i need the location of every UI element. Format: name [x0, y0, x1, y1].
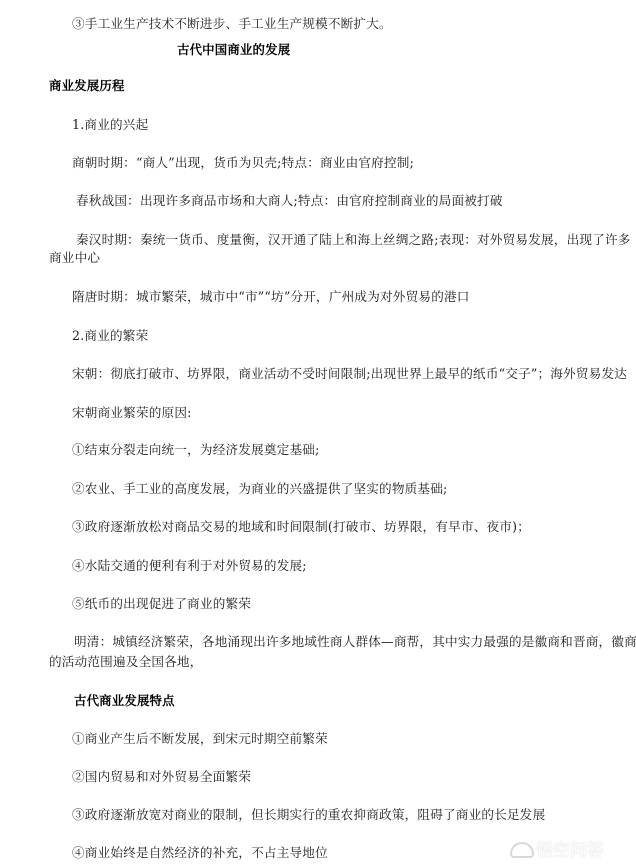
feature-item: ①商业产生后不断发展，到宋元时期空前繁荣	[72, 731, 328, 747]
paragraph-mingqing-cont: 的活动范围遍及全国各地，	[49, 654, 203, 670]
feature-item: ②国内贸易和对外贸易全面繁荣	[72, 769, 251, 785]
watermark: 悟空问答	[508, 836, 604, 861]
paragraph-mingqing: 明清：城镇经济繁荣，各地涌现出许多地域性商人群体—商帮，其中实力最强的是徽商和晋…	[74, 634, 636, 650]
section-heading-features: 古代商业发展特点	[74, 693, 175, 709]
document-title: 古代中国商业的发展	[177, 42, 290, 58]
reason-item: ①结束分裂走向统一，为经济发展奠定基础;	[72, 442, 320, 458]
wukong-logo-icon	[508, 842, 532, 856]
top-line: ③手工业生产技术不断进步、手工业生产规模不断扩大。	[72, 16, 392, 32]
section-heading-history: 商业发展历程	[49, 78, 125, 94]
subheading-rise: 1.商业的兴起	[72, 117, 148, 133]
watermark-text: 悟空问答	[536, 836, 604, 861]
paragraph-suitang: 隋唐时期：城市繁荣，城市中“市”“坊”分开，广州成为对外贸易的港口	[72, 289, 470, 305]
reason-item: ⑤纸币的出现促进了商业的繁荣	[72, 596, 251, 612]
paragraph-qinhan: 秦汉时期：秦统一货币、度量衡，汉开通了陆上和海上丝绸之路;表现：对外贸易发展，出…	[76, 232, 631, 248]
feature-item: ③政府逐渐放宽对商业的限制，但长期实行的重农抑商政策，阻碍了商业的长足发展	[72, 807, 545, 823]
reasons-heading: 宋朝商业繁荣的原因:	[72, 405, 192, 421]
reason-item: ③政府逐渐放松对商品交易的地域和时间限制(打破市、坊界限，有早市、夜市)；	[72, 519, 530, 535]
reason-item: ④水陆交通的便利有利于对外贸易的发展;	[72, 558, 307, 574]
paragraph-song: 宋朝：彻底打破市、坊界限，商业活动不受时间限制;出现世界上最早的纸币“交子”；海…	[72, 366, 627, 382]
paragraph-chunqiu: 春秋战国：出现许多商品市场和大商人;特点：由官府控制商业的局面被打破	[76, 193, 503, 209]
reason-item: ②农业、手工业的高度发展，为商业的兴盛提供了坚实的物质基础;	[72, 481, 447, 497]
subheading-prosperity: 2.商业的繁荣	[72, 328, 148, 344]
feature-item: ④商业始终是自然经济的补充，不占主导地位	[72, 845, 328, 861]
paragraph-qinhan-cont: 商业中心	[49, 250, 100, 266]
paragraph-shang: 商朝时期：“商人”出现，货币为贝壳;特点：商业由官府控制;	[72, 155, 414, 171]
